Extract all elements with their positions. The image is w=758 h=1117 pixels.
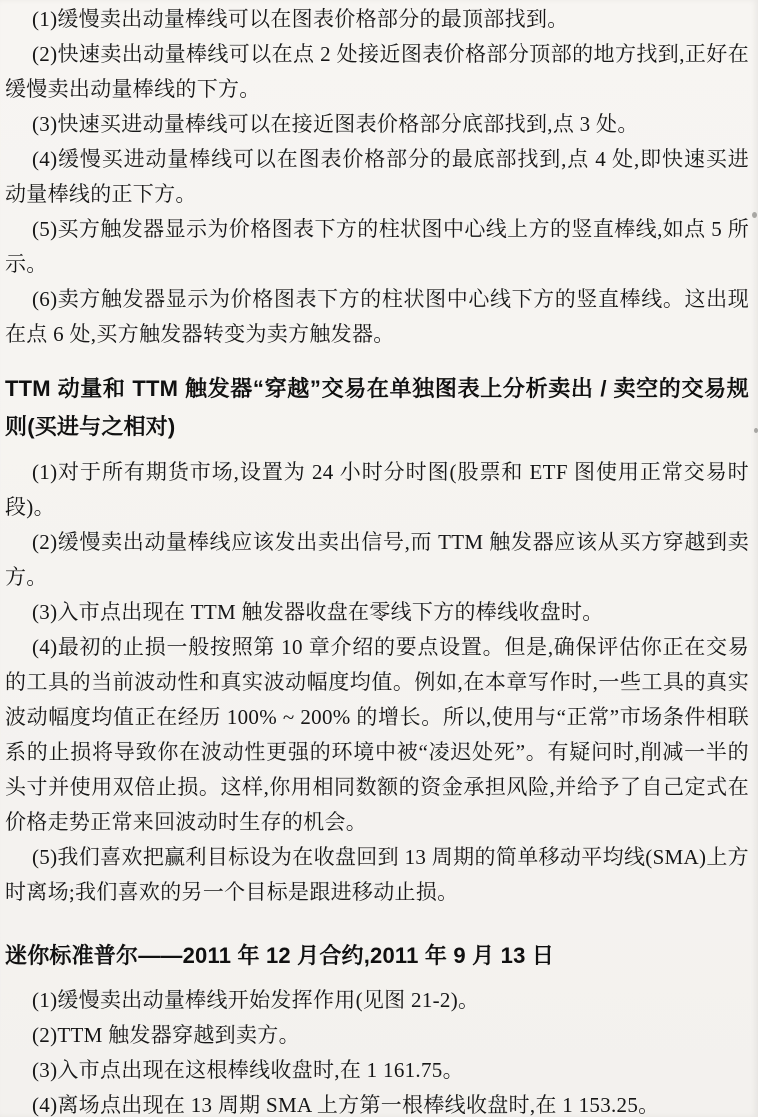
rules-item-4: (4)最初的止损一般按照第 10 章介绍的要点设置。但是,确保评估你正在交易的工… bbox=[5, 630, 749, 840]
intro-item-6: (6)卖方触发器显示为价格图表下方的柱状图中心线下方的竖直棒线。这出现在点 6 … bbox=[5, 282, 749, 352]
example-item-1: (1)缓慢卖出动量棒线开始发挥作用(见图 21-2)。 bbox=[5, 983, 749, 1018]
heading-ttm-crossover-rules: TTM 动量和 TTM 触发器“穿越”交易在单独图表上分析卖出 / 卖空的交易规… bbox=[5, 370, 749, 446]
example-item-3: (3)入市点出现在这根棒线收盘时,在 1 161.75。 bbox=[5, 1053, 749, 1088]
scan-artifact-speck bbox=[156, 467, 159, 470]
rules-item-1: (1)对于所有期货市场,设置为 24 小时分时图(股票和 ETF 图使用正常交易… bbox=[5, 455, 749, 525]
intro-item-2: (2)快速卖出动量棒线可以在点 2 处接近图表价格部分顶部的地方找到,正好在缓慢… bbox=[5, 37, 749, 107]
example-item-2: (2)TTM 触发器穿越到卖方。 bbox=[5, 1018, 749, 1053]
book-page: (1)缓慢卖出动量棒线可以在图表价格部分的最顶部找到。 (2)快速卖出动量棒线可… bbox=[0, 0, 758, 1117]
intro-item-4: (4)缓慢买进动量棒线可以在图表价格部分的最底部找到,点 4 处,即快速买进动量… bbox=[5, 142, 749, 212]
rules-item-5: (5)我们喜欢把赢利目标设为在收盘回到 13 周期的简单移动平均线(SMA)上方… bbox=[5, 840, 749, 910]
rules-item-3: (3)入市点出现在 TTM 触发器收盘在零线下方的棒线收盘时。 bbox=[5, 595, 749, 630]
scan-artifact-speck bbox=[754, 428, 758, 433]
scan-artifact-speck bbox=[752, 212, 757, 218]
intro-item-5: (5)买方触发器显示为价格图表下方的柱状图中心线上方的竖直棒线,如点 5 所示。 bbox=[5, 212, 749, 282]
rules-item-2: (2)缓慢卖出动量棒线应该发出卖出信号,而 TTM 触发器应该从买方穿越到卖方。 bbox=[5, 525, 749, 595]
intro-item-3: (3)快速买进动量棒线可以在接近图表价格部分底部找到,点 3 处。 bbox=[5, 107, 749, 142]
intro-item-1: (1)缓慢卖出动量棒线可以在图表价格部分的最顶部找到。 bbox=[5, 2, 749, 37]
example-item-4: (4)离场点出现在 13 周期 SMA 上方第一根棒线收盘时,在 1 153.2… bbox=[5, 1088, 749, 1117]
heading-mini-sp-contract: 迷你标准普尔——2011 年 12 月合约,2011 年 9 月 13 日 bbox=[5, 937, 749, 975]
